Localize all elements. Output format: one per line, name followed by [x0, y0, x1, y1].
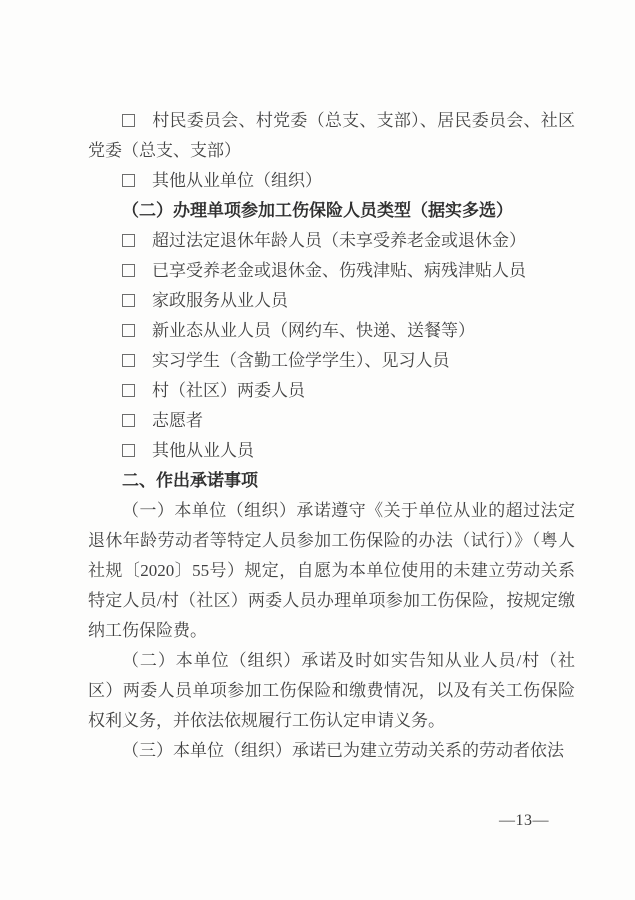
- paragraph: （三）本单位（组织）承诺已为建立劳动关系的劳动者依法: [88, 736, 575, 766]
- checkbox-label: 家政服务从业人员: [152, 291, 288, 310]
- checkbox-item: 村（社区）两委人员: [88, 376, 575, 406]
- checkbox-icon: [122, 384, 135, 397]
- checkbox-icon: [122, 264, 135, 277]
- checkbox-item: 村民委员会、村党委（总支、支部）、居民委员会、社区党委（总支、支部）: [88, 106, 575, 166]
- checkbox-label: 其他从业人员: [152, 441, 254, 460]
- checkbox-item: 其他从业单位（组织）: [88, 166, 575, 196]
- checkbox-label: 实习学生（含勤工俭学学生）、见习人员: [152, 351, 450, 370]
- checkbox-label: 其他从业单位（组织）: [152, 171, 322, 190]
- document-page: 村民委员会、村党委（总支、支部）、居民委员会、社区党委（总支、支部） 其他从业单…: [0, 0, 635, 900]
- checkbox-icon: [122, 234, 135, 247]
- section-heading: （二）办理单项参加工伤保险人员类型（据实多选）: [88, 196, 575, 226]
- checkbox-icon: [122, 324, 135, 337]
- checkbox-item: 家政服务从业人员: [88, 286, 575, 316]
- checkbox-label: 已享受养老金或退休金、伤残津贴、病残津贴人员: [152, 261, 526, 280]
- paragraph: （一）本单位（组织）承诺遵守《关于单位从业的超过法定退休年龄劳动者等特定人员参加…: [88, 496, 575, 646]
- checkbox-label: 超过法定退休年龄人员（未享受养老金或退休金）: [152, 231, 526, 250]
- checkbox-item: 新业态从业人员（网约车、快递、送餐等）: [88, 316, 575, 346]
- checkbox-icon: [122, 174, 135, 187]
- checkbox-label: 新业态从业人员（网约车、快递、送餐等）: [152, 321, 475, 340]
- checkbox-icon: [122, 294, 135, 307]
- checkbox-item: 已享受养老金或退休金、伤残津贴、病残津贴人员: [88, 256, 575, 286]
- checkbox-icon: [122, 114, 135, 127]
- checkbox-icon: [122, 354, 135, 367]
- checkbox-item: 实习学生（含勤工俭学学生）、见习人员: [88, 346, 575, 376]
- document-content: 村民委员会、村党委（总支、支部）、居民委员会、社区党委（总支、支部） 其他从业单…: [0, 0, 635, 766]
- checkbox-label: 志愿者: [152, 411, 203, 430]
- checkbox-icon: [122, 444, 135, 457]
- checkbox-label: 村民委员会、村党委（总支、支部）、居民委员会、社区党委（总支、支部）: [88, 111, 575, 160]
- page-number: —13—: [499, 812, 549, 830]
- paragraph: （二）本单位（组织）承诺及时如实告知从业人员/村（社区）两委人员单项参加工伤保险…: [88, 646, 575, 736]
- checkbox-item: 志愿者: [88, 406, 575, 436]
- checkbox-item: 超过法定退休年龄人员（未享受养老金或退休金）: [88, 226, 575, 256]
- section-heading: 二、作出承诺事项: [88, 466, 575, 496]
- checkbox-label: 村（社区）两委人员: [152, 381, 305, 400]
- checkbox-icon: [122, 414, 135, 427]
- checkbox-item: 其他从业人员: [88, 436, 575, 466]
